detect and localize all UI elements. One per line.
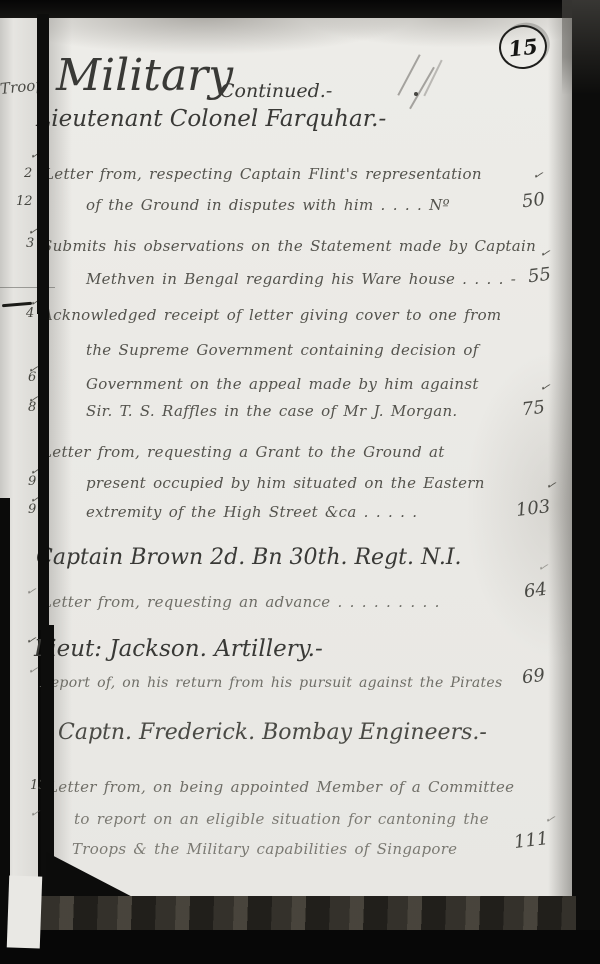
section-heading-military: Military (56, 50, 233, 101)
archival-photo: Troop 15 Military Continued.- Lieutenant… (0, 0, 600, 964)
officer-heading-jackson: Lieut: Jackson. Artillery.- (34, 636, 323, 662)
ink-dot (414, 92, 418, 96)
entry-line: extremity of the High Street &ca . . . .… (86, 503, 417, 521)
entry-line: the Supreme Government containing decisi… (86, 341, 479, 359)
photo-top-edge (0, 0, 600, 18)
reference-number: 111 (513, 828, 550, 853)
reference-number: 64 (523, 579, 548, 603)
officer-heading-frederick: Captn. Frederick. Bombay Engineers.- (58, 720, 487, 745)
page-edge-shading (562, 0, 600, 95)
entry-line: Acknowledged receipt of letter giving co… (42, 306, 501, 324)
photo-bottom-edge (0, 930, 600, 964)
entry-line: Sir. T. S. Raffles in the case of Mr J. … (86, 402, 457, 420)
entry-line: Methven in Bengal regarding his Ware hou… (86, 270, 516, 288)
entry-line: Government on the appeal made by him aga… (86, 375, 479, 393)
folio-number: 15 (507, 33, 539, 61)
tick-mark-icon: ✓ (29, 805, 42, 821)
reference-number: 69 (521, 665, 546, 689)
reference-number: 50 (521, 189, 546, 213)
book-binding-gutter (37, 14, 49, 314)
entry-line: Letter from, requesting a Grant to the G… (42, 443, 445, 461)
entry-line: of the Ground in disputes with him . . .… (86, 196, 450, 214)
reference-number: 103 (515, 496, 552, 521)
entry-line: Submits his observations on the Statemen… (42, 237, 536, 255)
reference-number: 55 (527, 264, 552, 288)
entry-line: Letter from, requesting an advance . . .… (42, 593, 440, 611)
entry-line: Report of, on his return from his pursui… (40, 675, 503, 691)
entry-line: Letter from, on being appointed Member o… (48, 778, 514, 796)
entry-line: present occupied by him situated on the … (86, 474, 485, 492)
margin-number: 12 (16, 194, 33, 209)
section-heading-continued: Continued.- (220, 80, 332, 102)
photo-right-edge (572, 0, 600, 964)
entry-line: Letter from, respecting Captain Flint's … (44, 165, 482, 183)
reference-number: 75 (521, 397, 546, 421)
entry-line: to report on an eligible situation for c… (74, 810, 489, 828)
officer-heading-brown: Captain Brown 2d. Bn 30th. Regt. N.I. (36, 545, 462, 570)
book-binding-gutter (38, 310, 49, 630)
officer-heading-farquhar: Lieutenant Colonel Farquhar.- (36, 106, 386, 132)
margin-number: 2 (24, 166, 32, 181)
protruding-page-corner (7, 875, 42, 948)
